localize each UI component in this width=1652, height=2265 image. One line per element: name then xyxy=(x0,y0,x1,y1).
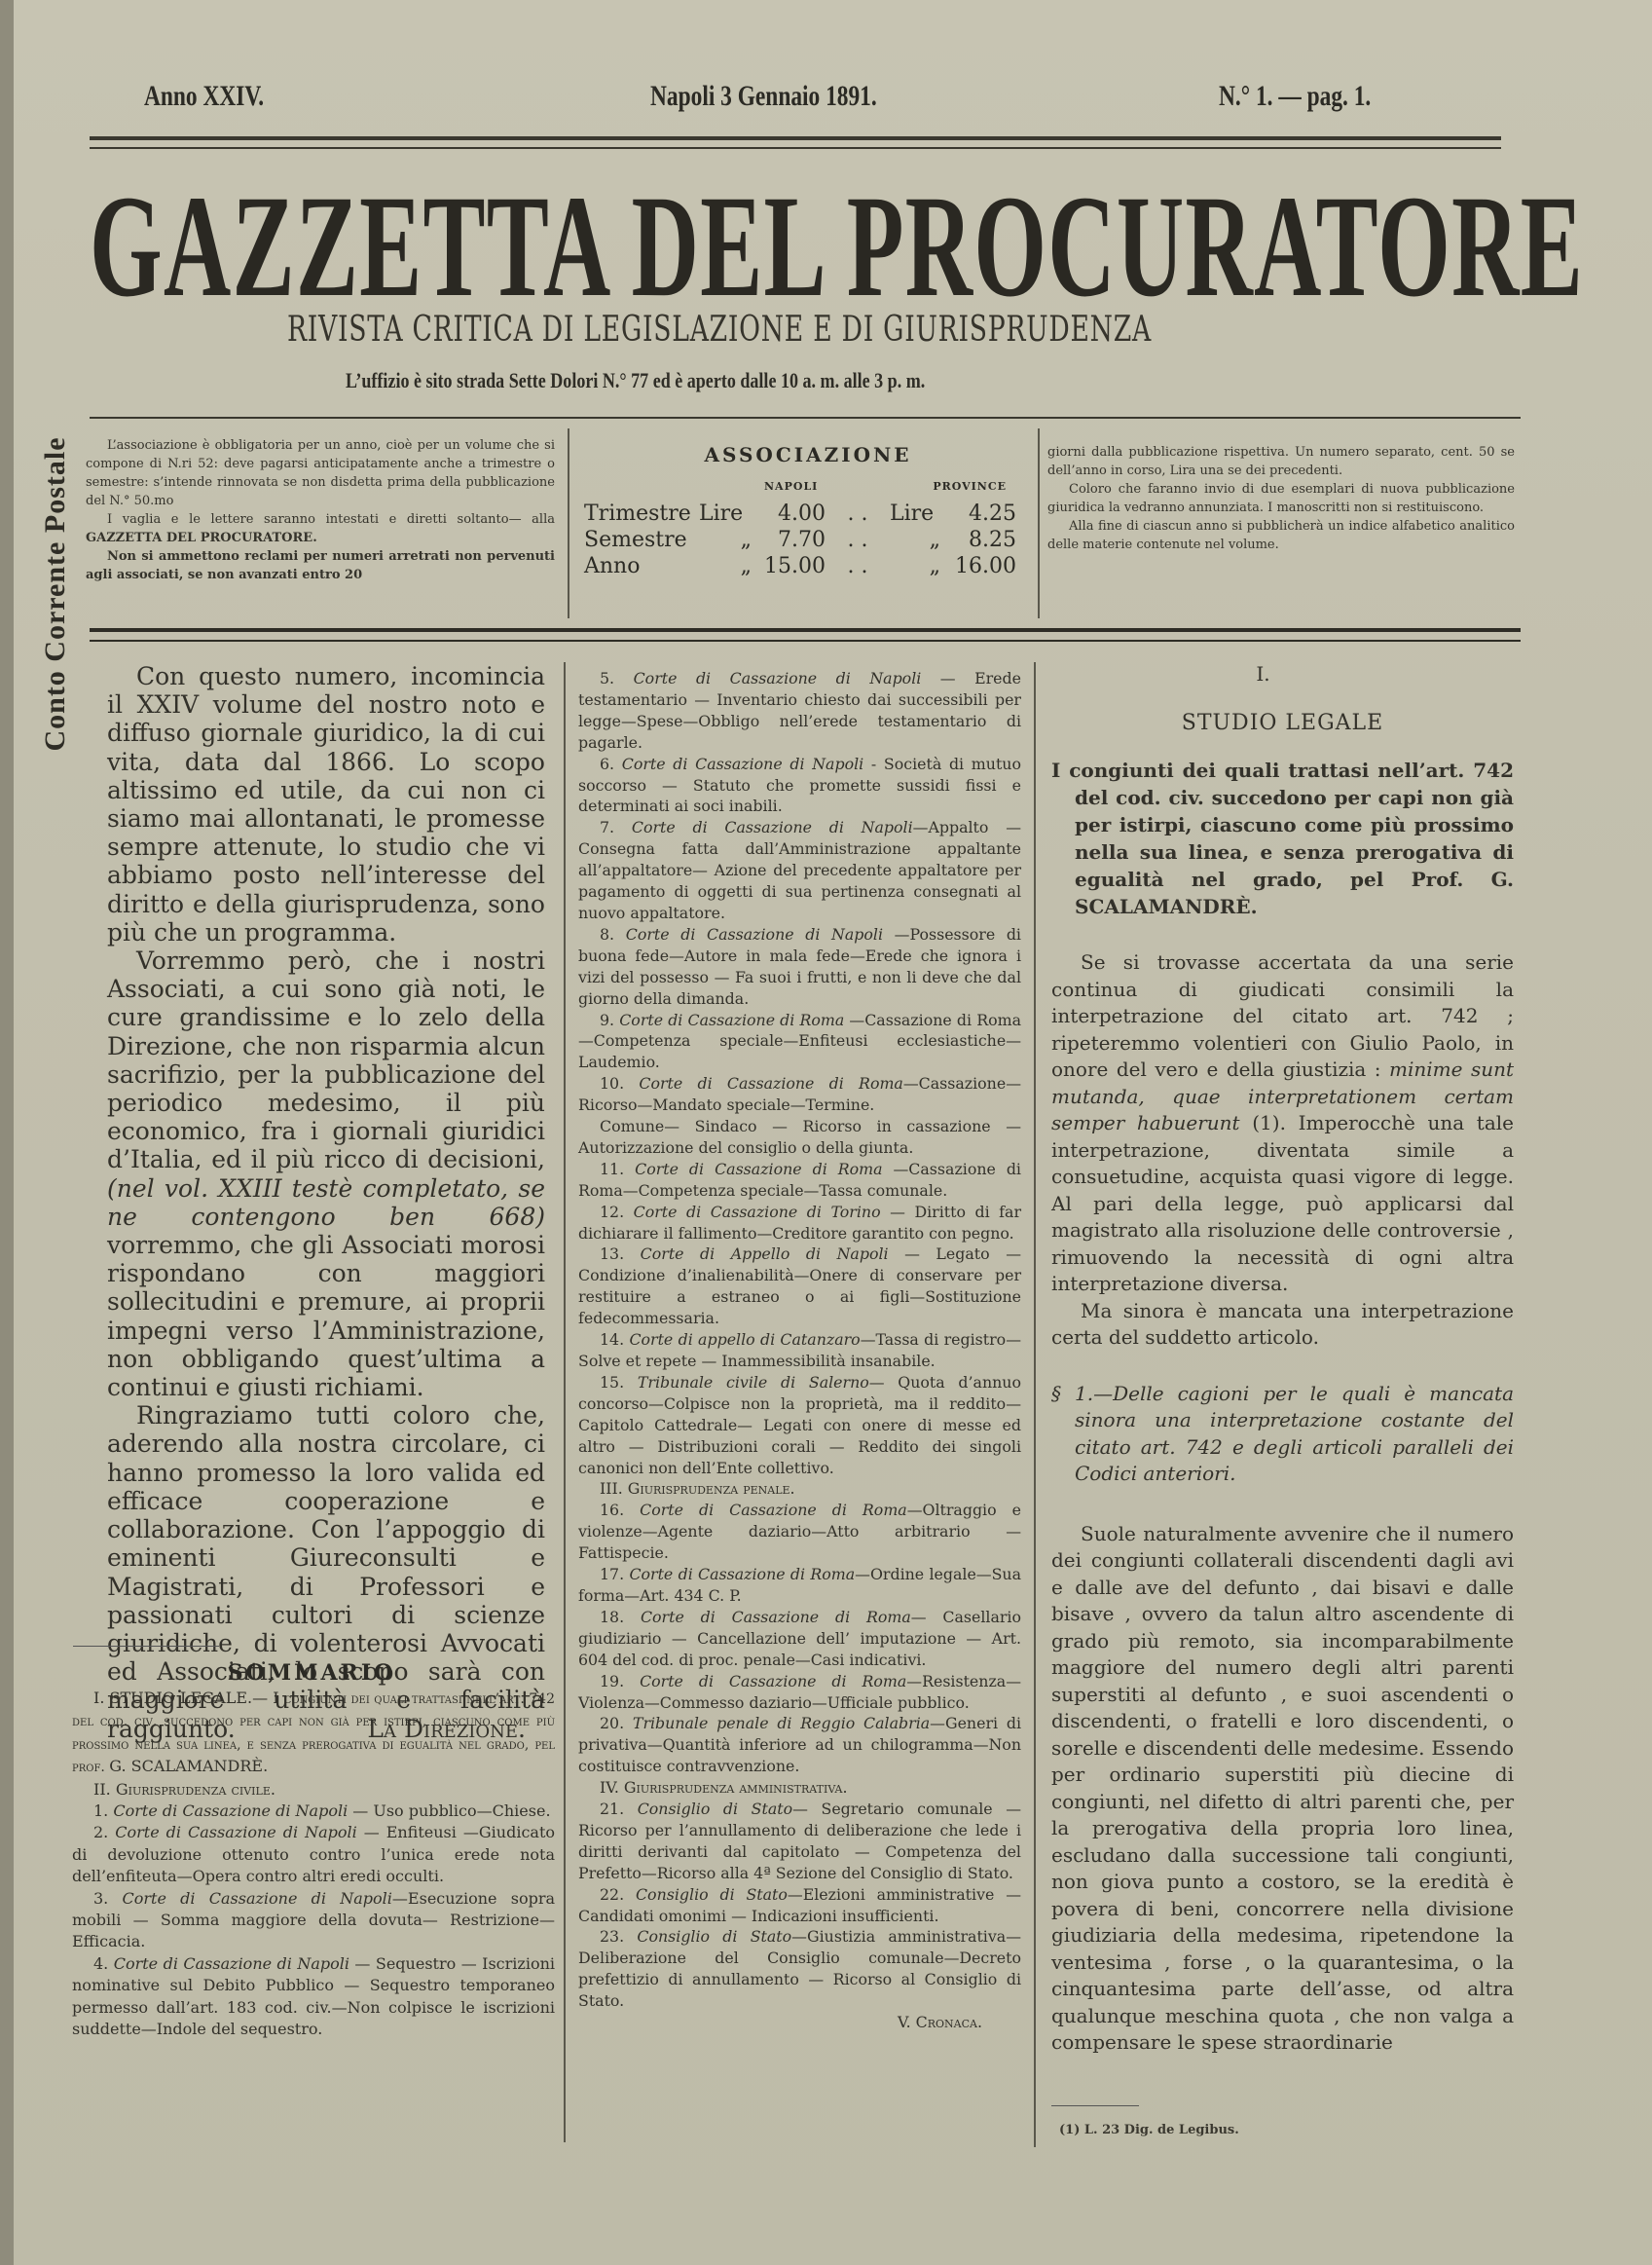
binding-edge xyxy=(0,0,14,2265)
summary-section: V. Cronaca. xyxy=(578,2012,1021,2033)
summary-item: 16. Corte di Cassazione di Roma—Oltraggi… xyxy=(578,1500,1021,1564)
column-divider xyxy=(1038,428,1040,618)
header-rule xyxy=(90,136,1501,149)
summary-item: 4. Corte di Cassazione di Napoli — Seque… xyxy=(72,1953,555,2041)
notes-paragraph: Alla fine di ciascun anno si pubblicherà… xyxy=(1047,517,1515,554)
subscription-header: NAPOLI PROVINCE xyxy=(584,480,1032,493)
section-rule xyxy=(90,628,1521,642)
summary-rule xyxy=(73,1646,219,1647)
subscription-title: ASSOCIAZIONE xyxy=(584,443,1032,466)
footnote-rule xyxy=(1051,2105,1139,2106)
subscription-row: Anno „ 15.00 . . „ 16.00 xyxy=(584,553,1032,579)
summary-section: I. STUDIO LEGALE.— I congiunti dei quali… xyxy=(72,1688,555,1779)
summary-item: 10. Corte di Cassazione di Roma—Cassazio… xyxy=(578,1073,1021,1116)
subscription-row: Trimestre Lire 4.00 . . Lire 4.25 xyxy=(584,501,1032,527)
side-label: Conto Corrente Postale xyxy=(39,409,78,779)
article-body: Se si trovasse accertata da una serie co… xyxy=(1051,949,1514,1352)
office-address: L’uffizio è sito strada Sette Dolori N.°… xyxy=(346,368,925,393)
article-paragraph: Suole naturalmente avvenire che il numer… xyxy=(1051,1521,1514,2057)
summary-item: 21. Consiglio di Stato— Segretario comun… xyxy=(578,1799,1021,1884)
masthead-title: GAZZETTA DEL PROCURATORE xyxy=(90,164,999,329)
article-body: Suole naturalmente avvenire che il numer… xyxy=(1051,1521,1514,2057)
column-divider xyxy=(564,662,566,2142)
summary-item: 5. Corte di Cassazione di Napoli — Erede… xyxy=(578,668,1021,754)
legal-article: I. STUDIO LEGALE I congiunti dei quali t… xyxy=(1051,662,1514,2057)
summary-item: 9. Corte di Cassazione di Roma —Cassazio… xyxy=(578,1010,1021,1074)
masthead-rule xyxy=(90,417,1521,419)
summary-item: 12. Corte di Cassazione di Torino — Diri… xyxy=(578,1202,1021,1244)
summary-item: 2. Corte di Cassazione di Napoli — Enfit… xyxy=(72,1822,555,1887)
article-heading: STUDIO LEGALE xyxy=(1051,711,1514,735)
summary-section: III. Giurisprudenza penale. xyxy=(578,1478,1021,1500)
footnote: (1) L. 23 Dig. de Legibus. xyxy=(1059,2123,1239,2137)
summary-item: 7. Corte di Cassazione di Napoli—Appalto… xyxy=(578,817,1021,924)
summary-list: I. STUDIO LEGALE.— I congiunti dei quali… xyxy=(72,1688,555,2041)
notes-paragraph: giorni dalla pubblicazione rispettiva. U… xyxy=(1047,443,1515,480)
summary-item: 14. Corte di appello di Catanzaro—Tassa … xyxy=(578,1329,1021,1372)
summary-item: 6. Corte di Cassazione di Napoli - Socie… xyxy=(578,754,1021,818)
terms-paragraph: Non si ammettono reclami per numeri arre… xyxy=(86,547,555,584)
editorial-paragraph: Con questo numero, incomincia il XXIV vo… xyxy=(107,662,545,947)
summary-item: 23. Consiglio di Stato—Giustizia amminis… xyxy=(578,1926,1021,2012)
dateline: Napoli 3 Gennaio 1891. xyxy=(650,80,877,113)
article-paragraph: Se si trovasse accertata da una serie co… xyxy=(1051,949,1514,1298)
article-intro: I congiunti dei quali trattasi nell’art.… xyxy=(1051,757,1514,920)
editorial: Con questo numero, incomincia il XXIV vo… xyxy=(107,662,545,1743)
summary-item: Comune— Sindaco — Ricorso in cassazione … xyxy=(578,1116,1021,1159)
terms-paragraph: L’associazione è obbligatoria per un ann… xyxy=(86,436,555,510)
subscription-terms: L’associazione è obbligatoria per un ann… xyxy=(86,436,555,584)
summary-item: 20. Tribunale penale di Reggio Calabria—… xyxy=(578,1713,1021,1777)
subscription-row: Semestre „ 7.70 . . „ 8.25 xyxy=(584,527,1032,553)
year-label: Anno XXIV. xyxy=(144,80,264,113)
summary-section: II. Giurisprudenza civile. xyxy=(72,1779,555,1801)
summary-item: 8. Corte di Cassazione di Napoli —Posses… xyxy=(578,924,1021,1010)
summary-section: IV. Giurisprudenza amministrativa. xyxy=(578,1777,1021,1799)
summary-item: 11. Corte di Cassazione di Roma —Cassazi… xyxy=(578,1159,1021,1202)
editorial-paragraph: Vorremmo però, che i nostri Associati, a… xyxy=(107,947,545,1401)
masthead-subtitle: RIVISTA CRITICA DI LEGISLAZIONE E DI GIU… xyxy=(287,310,1152,350)
article-number: I. xyxy=(1012,662,1514,686)
summary-title: SOMMARIO xyxy=(58,1660,565,1686)
summary-item: 15. Tribunale civile di Salerno— Quota d… xyxy=(578,1372,1021,1479)
newspaper-page: Conto Corrente Postale Anno XXIV. Napoli… xyxy=(0,0,1652,2265)
article-paragraph: Ma sinora è mancata una interpetrazione … xyxy=(1051,1298,1514,1352)
summary-item: 19. Corte di Cassazione di Roma—Resisten… xyxy=(578,1671,1021,1714)
summary-item: 1. Corte di Cassazione di Napoli — Uso p… xyxy=(72,1801,555,1822)
terms-paragraph: I vaglia e le lettere saranno intestati … xyxy=(86,510,555,547)
subscription-table: ASSOCIAZIONE NAPOLI PROVINCE Trimestre L… xyxy=(584,443,1032,579)
issue-number: N.° 1. — pag. 1. xyxy=(1219,80,1371,113)
column-divider xyxy=(568,428,569,618)
column-divider xyxy=(1034,662,1036,2147)
notes-paragraph: Coloro che faranno invio di due esemplar… xyxy=(1047,480,1515,517)
summary-list-continued: 5. Corte di Cassazione di Napoli — Erede… xyxy=(578,668,1021,2033)
summary-item: 22. Consiglio di Stato—Elezioni amminist… xyxy=(578,1884,1021,1927)
summary-item: 17. Corte di Cassazione di Roma—Ordine l… xyxy=(578,1564,1021,1607)
summary-item: 3. Corte di Cassazione di Napoli—Esecuzi… xyxy=(72,1888,555,1953)
summary-item: 13. Corte di Appello di Napoli — Legato … xyxy=(578,1244,1021,1329)
publication-notes: giorni dalla pubblicazione rispettiva. U… xyxy=(1047,443,1515,554)
summary-item: 18. Corte di Cassazione di Roma— Casella… xyxy=(578,1607,1021,1671)
article-section-heading: § 1.—Delle cagioni per le quali è mancat… xyxy=(1051,1381,1514,1488)
